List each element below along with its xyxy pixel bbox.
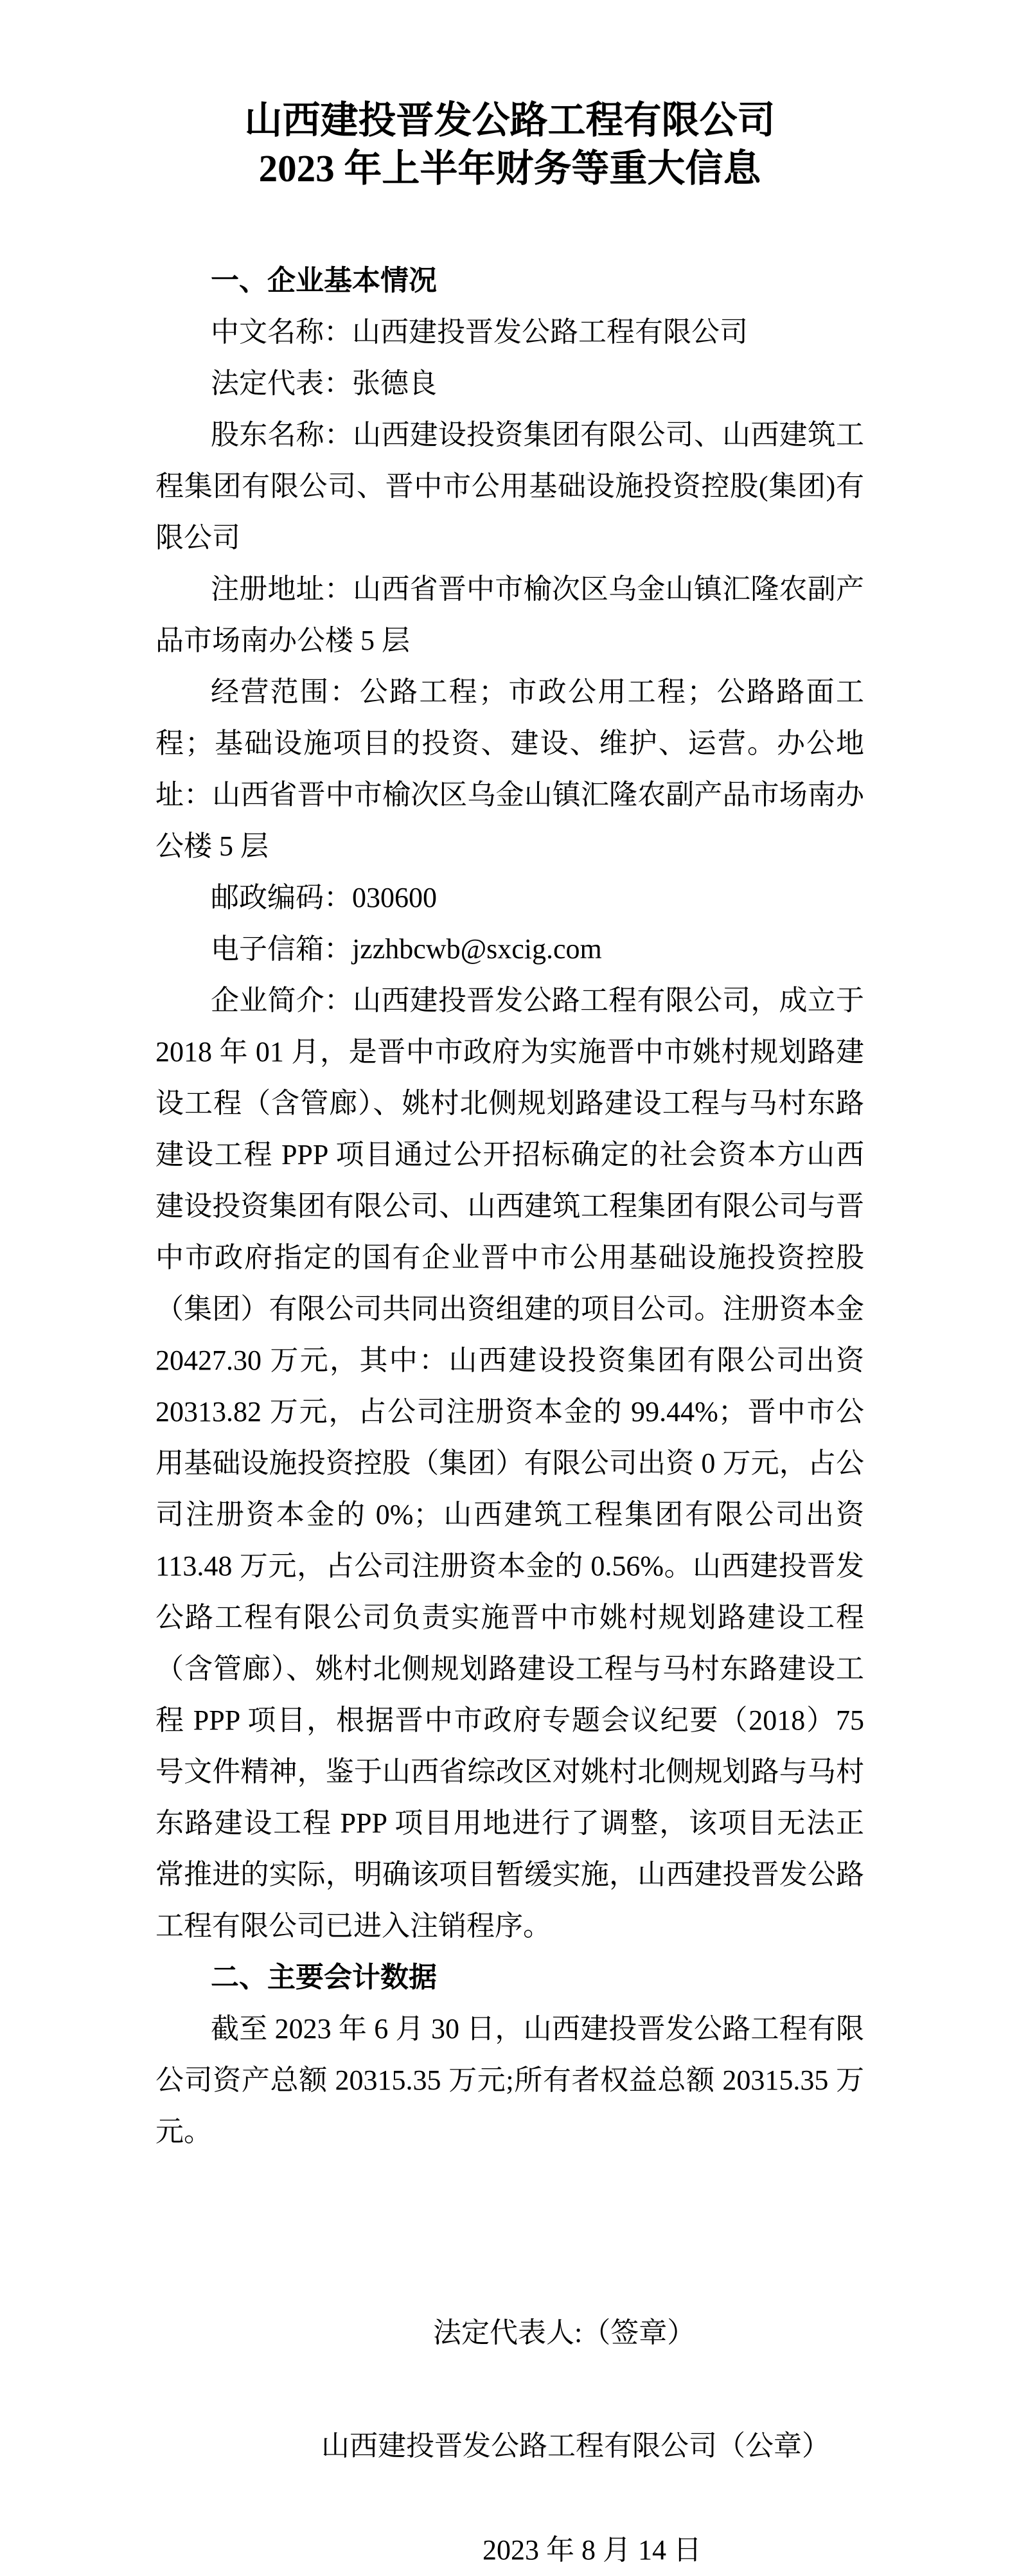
document-page: 山西建投晋发公路工程有限公司 2023 年上半年财务等重大信息 一、企业基本情况… [0,0,1019,2499]
para-email: 电子信箱：jzzhbcwb@sxcig.com [155,924,864,975]
para-shareholders: 股东名称：山西建设投资集团有限公司、山西建筑工程集团有限公司、晋中市公用基础设施… [155,409,864,564]
signature-company-seal-line: 山西建投晋发公路工程有限公司（公章） [321,2420,864,2472]
section-1-heading: 一、企业基本情况 [155,255,864,307]
section-2-heading: 二、主要会计数据 [155,1952,864,2003]
para-accounting-data: 截至 2023 年 6 月 30 日，山西建投晋发公路工程有限公司资产总额 20… [155,2003,864,2158]
para-business-scope: 经营范围：公路工程；市政公用工程；公路路面工程；基础设施项目的投资、建设、维护、… [155,666,864,872]
signature-block: 法定代表人:（签章） 山西建投晋发公路工程有限公司（公章） 2023 年 8 月… [155,2307,864,2576]
para-registered-address: 注册地址：山西省晋中市榆次区乌金山镇汇隆农副产品市场南办公楼 5 层 [155,564,864,666]
document-title-line1: 山西建投晋发公路工程有限公司 [155,96,864,145]
document-title: 山西建投晋发公路工程有限公司 2023 年上半年财务等重大信息 [155,96,864,193]
para-company-name: 中文名称：山西建投晋发公路工程有限公司 [155,307,864,358]
para-company-profile: 企业简介：山西建投晋发公路工程有限公司，成立于 2018 年 01 月，是晋中市… [155,975,864,1952]
signature-date-line: 2023 年 8 月 14 日 [483,2525,864,2576]
para-legal-representative: 法定代表：张德良 [155,358,864,409]
para-postal-code: 邮政编码：030600 [155,872,864,924]
signature-legal-rep-line: 法定代表人:（签章） [433,2307,864,2359]
document-title-line2: 2023 年上半年财务等重大信息 [155,145,864,193]
